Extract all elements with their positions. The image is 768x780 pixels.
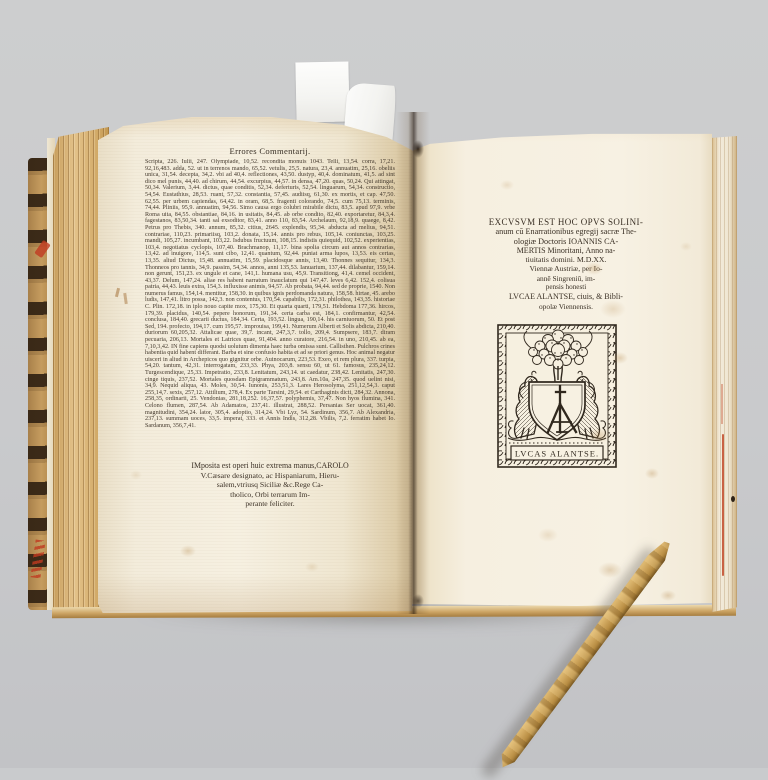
- colophon-line: opolæ Viennensis.: [428, 302, 704, 311]
- colophon-line: anum cū Enarrationibus egregij sacræ The…: [428, 227, 704, 236]
- foxing-spot: [680, 242, 692, 251]
- colophon-line: tiuitatis domini. M.D.XX.: [428, 255, 704, 264]
- colophon-line: pensis honesti: [428, 283, 704, 292]
- foxing-spot: [645, 468, 659, 479]
- book-photograph: Errores Commentarij. Scripta, 226. Iulii…: [0, 0, 768, 768]
- foxing-spot: [500, 180, 514, 190]
- colophon-line: MERTIS Minoritani, Anno na-: [428, 246, 704, 255]
- device-caption-text: LVCAS ALANTSE.: [515, 449, 599, 459]
- left-colophon: IMposita est operi huic extrema manus,CA…: [145, 461, 395, 509]
- foxing-spot: [538, 528, 558, 542]
- red-edge-streak-faint: [721, 384, 723, 424]
- foxing-spot: [180, 545, 196, 557]
- colophon-line: V.Cæsare designato, ac Hispaniarum, Hier…: [145, 471, 395, 481]
- errata-index-text: Scripta, 226. Iulii, 247. Olympiade, 10,…: [145, 159, 395, 451]
- right-page: EXCVSVM EST HOC OPVS SOLINI- anum cū Ena…: [412, 112, 712, 610]
- dark-edge-speck: [731, 496, 735, 502]
- red-edge-streak: [722, 434, 724, 576]
- errata-heading: Errores Commentarij.: [145, 146, 395, 156]
- printers-device-woodcut: LVCAS ALANTSE.: [494, 322, 620, 470]
- colophon-line: Viennæ Austriæ, per Io-: [428, 264, 704, 273]
- faint-margin-mark: [115, 288, 120, 297]
- colophon-line: perante feliciter.: [145, 499, 395, 509]
- faint-margin-mark: [123, 293, 128, 304]
- colophon-line: tholico, Orbi terrarum Im-: [145, 490, 395, 500]
- right-page-block-edge: [712, 136, 737, 612]
- colophon-line: EXCVSVM EST HOC OPVS SOLINI-: [428, 218, 704, 227]
- open-book: Errores Commentarij. Scripta, 226. Iulii…: [0, 0, 768, 768]
- foxing-spot: [598, 562, 622, 578]
- left-page: Errores Commentarij. Scripta, 226. Iulii…: [98, 112, 412, 614]
- foxing-spot: [305, 562, 319, 572]
- printed-colophon: EXCVSVM EST HOC OPVS SOLINI- anum cū Ena…: [428, 218, 704, 311]
- center-gutter-shadow: [396, 112, 430, 614]
- gutter-dark-notch-top: [412, 140, 424, 158]
- foxing-spot: [588, 428, 610, 443]
- foxing-spot: [660, 590, 676, 601]
- gutter-dark-notch-bottom: [412, 594, 424, 608]
- colophon-line: LVCAE ALANTSE, ciuis, & Bibli-: [428, 292, 704, 301]
- foxing-spot: [600, 300, 626, 318]
- colophon-line: annē Singreniū, im-: [428, 274, 704, 283]
- colophon-line: IMposita est operi huic extrema manus,CA…: [145, 461, 395, 471]
- foxing-spot: [130, 470, 142, 480]
- foxing-spot: [612, 352, 628, 364]
- colophon-line: salem,vtriusq Siciliæ &c.Rege Ca-: [145, 480, 395, 490]
- colophon-line: ologiæ Doctoris IOANNIS CA-: [428, 237, 704, 246]
- foxing-spot: [585, 262, 603, 275]
